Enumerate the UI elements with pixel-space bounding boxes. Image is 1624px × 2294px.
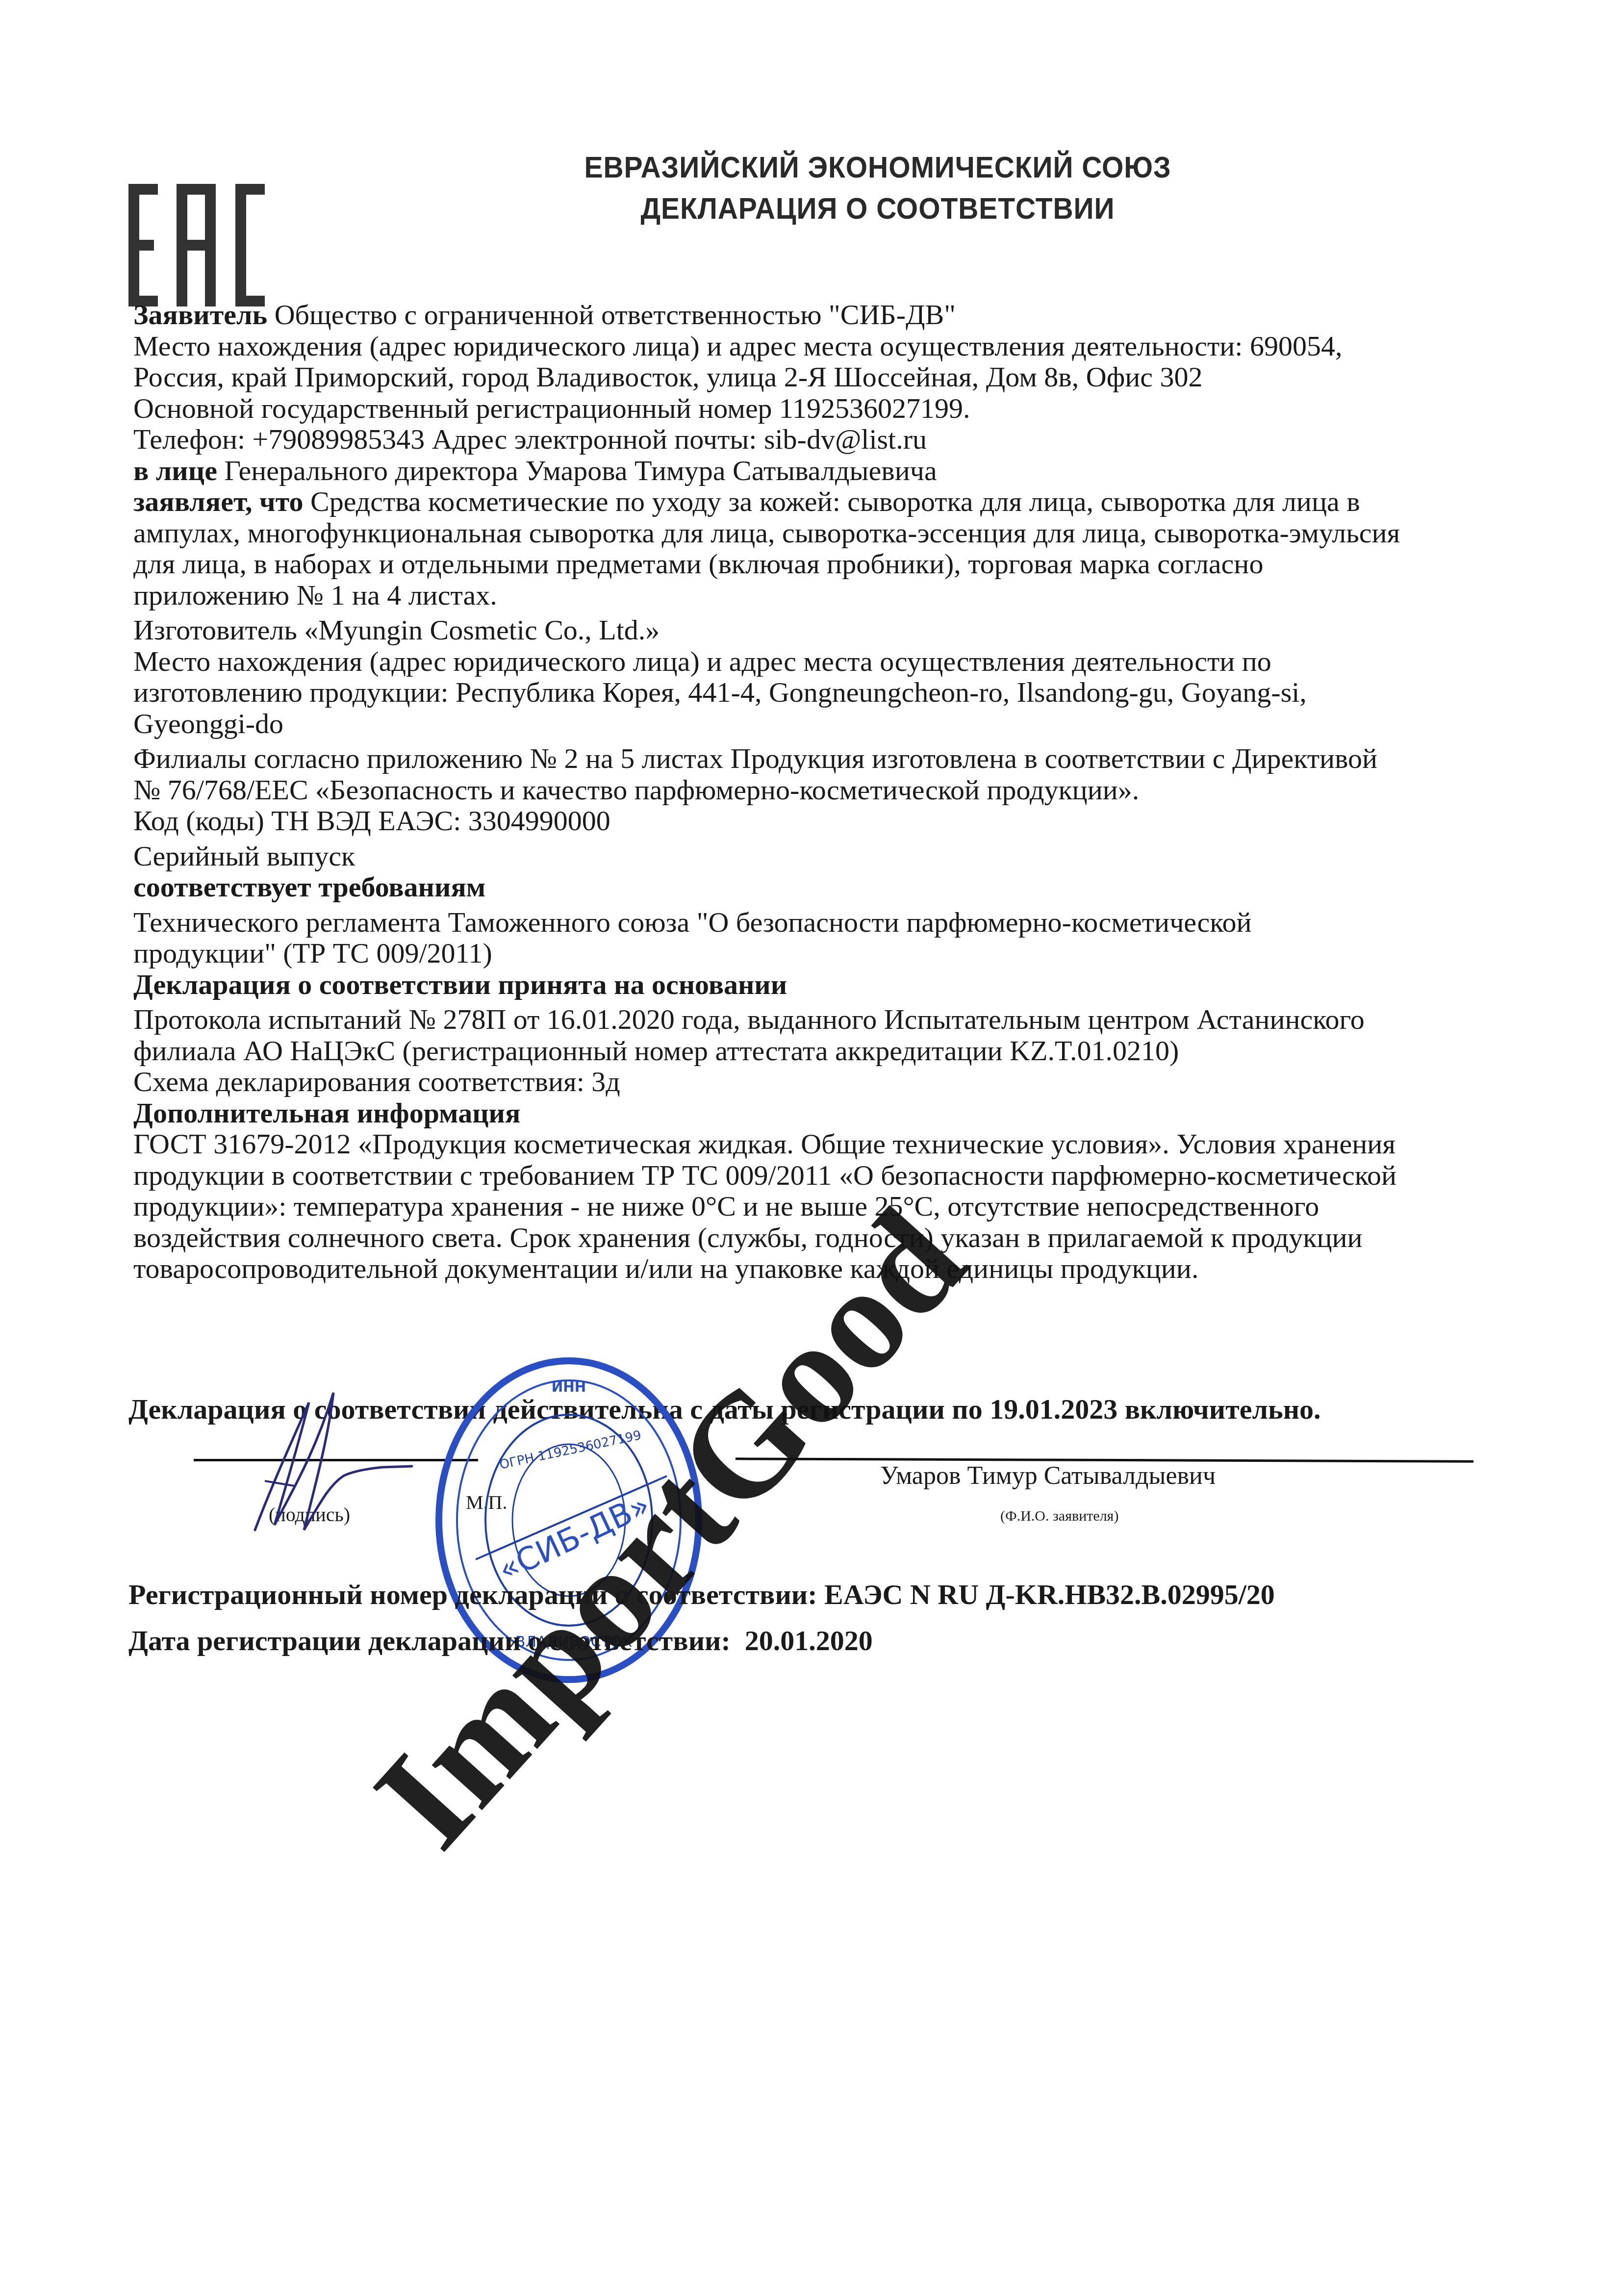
representative-label: в лице (133, 455, 217, 486)
conformity-line-1: Технического регламента Таможенного союз… (133, 907, 1487, 938)
declares-line-3: для лица, в наборах и отдельными предмет… (133, 548, 1487, 580)
fullname-label: (Ф.И.О. заявителя) (1000, 1508, 1118, 1525)
manufacturer-name: Изготовитель «Myungin Cosmetic Co., Ltd.… (133, 614, 1487, 646)
registration-date: 20.01.2020 (745, 1625, 873, 1657)
manufacturer-address-3: Gyeonggi-do (133, 708, 1487, 739)
registration-date-line: Дата регистрации декларации о соответств… (128, 1618, 1275, 1664)
basis-label: Декларация о соответствии принята на осн… (133, 969, 1487, 1000)
applicant-address-2: Россия, край Приморский, город Владивост… (133, 361, 1487, 393)
eac-logo (128, 184, 271, 306)
conformity-label: соответствует требованиям (133, 871, 1487, 903)
manufacturer-address-2: изготовлению продукции: Республика Корея… (133, 677, 1487, 708)
additional-label: Дополнительная информация (133, 1097, 1487, 1129)
applicant-label: Заявитель (133, 299, 267, 331)
manufacturer-address-1: Место нахождения (адрес юридического лиц… (133, 646, 1487, 677)
registration-block: Регистрационный номер декларации о соотв… (128, 1572, 1275, 1664)
applicant-fullname: Умаров Тимур Сатывалдыевич (880, 1461, 1216, 1490)
branches-1: Филиалы согласно приложению № 2 на 5 лис… (133, 743, 1487, 774)
representative-line: в лице Генерального директора Умарова Ти… (133, 455, 1487, 486)
basis-line-1: Протокола испытаний № 278П от 16.01.2020… (133, 1004, 1487, 1035)
basis-scheme: Схема декларирования соответствия: 3д (133, 1066, 1487, 1097)
header-union: ЕВРАЗИЙСКИЙ ЭКОНОМИЧЕСКИЙ СОЮЗ (548, 147, 1207, 188)
handwritten-signature-icon (235, 1383, 441, 1545)
production-type: Серийный выпуск (133, 841, 1487, 872)
registration-number-line: Регистрационный номер декларации о соотв… (128, 1572, 1275, 1618)
document-header: ЕВРАЗИЙСКИЙ ЭКОНОМИЧЕСКИЙ СОЮЗ ДЕКЛАРАЦИ… (548, 147, 1207, 229)
additional-line-3: продукции»: температура хранения - не ни… (133, 1191, 1487, 1222)
registration-number-label: Регистрационный номер декларации о соотв… (128, 1579, 817, 1610)
declares-line-2: ампулах, многофункциональная сыворотка д… (133, 517, 1487, 549)
registration-number: ЕАЭС N RU Д-KR.HB32.B.02995/20 (824, 1579, 1275, 1610)
declares-label: заявляет, что (133, 485, 303, 517)
declares-text-1: Средства косметические по уходу за кожей… (310, 485, 1360, 517)
applicant-line: Заявитель Общество с ограниченной ответс… (133, 299, 1487, 331)
applicant-address-1: Место нахождения (адрес юридического лиц… (133, 331, 1487, 362)
declaration-body: Заявитель Общество с ограниченной ответс… (133, 299, 1487, 1284)
hs-code: Код (коды) ТН ВЭД ЕАЭС: 3304990000 (133, 805, 1487, 837)
header-title: ДЕКЛАРАЦИЯ О СООТВЕТСТВИИ (548, 188, 1207, 229)
applicant-name: Общество с ограниченной ответственностью… (275, 299, 956, 331)
representative: Генерального директора Умарова Тимура Са… (224, 455, 937, 486)
basis-line-2: филиала АО НаЦЭкС (регистрационный номер… (133, 1035, 1487, 1067)
svg-text:ИНН: ИНН (552, 1379, 586, 1395)
additional-line-2: продукции в соответствии с требованием Т… (133, 1160, 1487, 1191)
applicant-contacts: Телефон: +79089985343 Адрес электронной … (133, 424, 1487, 455)
registration-date-label: Дата регистрации декларации о соответств… (128, 1625, 731, 1657)
declares-line-4: приложению № 1 на 4 листах. (133, 580, 1487, 611)
branches-2: № 76/768/ЕЕС «Безопасность и качество па… (133, 774, 1487, 806)
conformity-line-2: продукции" (ТР ТС 009/2011) (133, 938, 1487, 969)
declares-line-1: заявляет, что Средства косметические по … (133, 486, 1487, 517)
applicant-ogrn: Основной государственный регистрационный… (133, 393, 1487, 424)
additional-line-1: ГОСТ 31679-2012 «Продукция косметическая… (133, 1128, 1487, 1160)
